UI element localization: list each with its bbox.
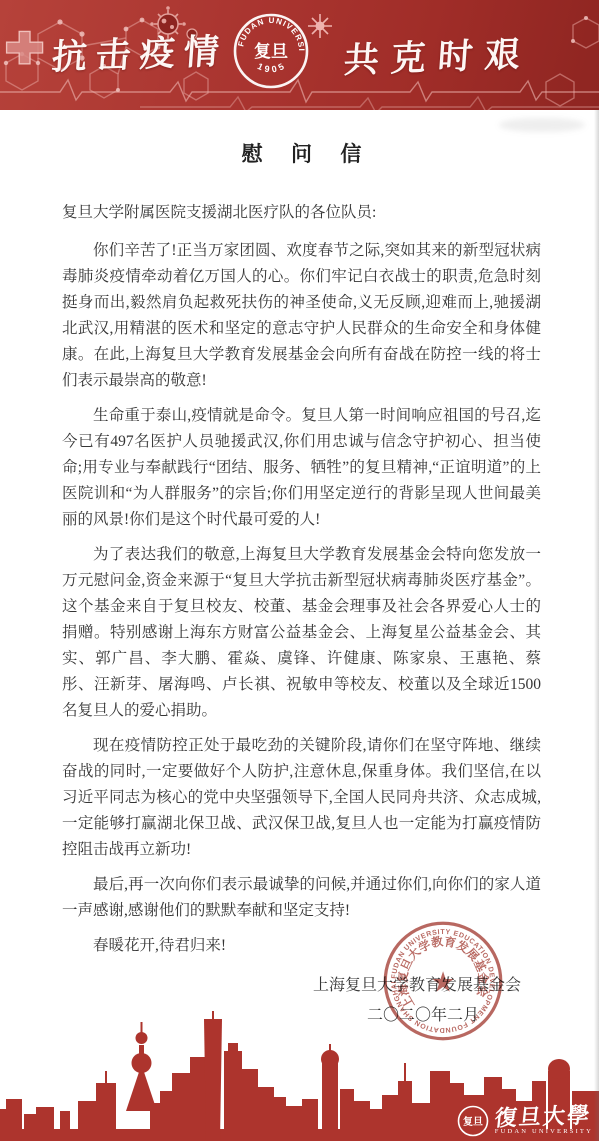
letter-page: 抗击疫情 共克时艰 FUDAN UNIVERSITY 1905 复旦 慰 问 信… bbox=[0, 0, 599, 1141]
footer-logo-seal-icon: 复旦 bbox=[456, 1104, 490, 1138]
letter-title: 慰 问 信 bbox=[62, 138, 541, 168]
letter-paragraph: 生命重于泰山,疫情就是命令。复旦人第一时间响应祖国的号召,迄今已有497名医护人… bbox=[62, 403, 541, 533]
letter-salutation: 复旦大学附属医院支援湖北医疗队的各位队员: bbox=[62, 200, 541, 226]
scan-edge-artifact bbox=[594, 110, 599, 1141]
fudan-university-logo: FUDAN UNIVERSITY 1905 复旦 bbox=[226, 6, 316, 96]
banner-slogan-right: 共克时艰 bbox=[342, 27, 533, 84]
seal-star-icon: ★ bbox=[431, 968, 456, 999]
letter-paragraph: 为了表达我们的敬意,上海复旦大学教育发展基金会特向您发放一万元慰问金,资金来源于… bbox=[62, 542, 541, 724]
banner-slogan-left: 抗击疫情 bbox=[50, 24, 229, 80]
svg-text:1905: 1905 bbox=[256, 60, 288, 75]
logo-year-text: 1905 bbox=[256, 60, 288, 75]
footer-logo-mark: 复旦 bbox=[463, 1115, 483, 1128]
letter-paragraph: 你们辛苦了!正当万家团圆、欢度春节之际,突如其来的新型冠状病毒肺炎疫情牵动着亿万… bbox=[62, 238, 541, 394]
letter-paragraph: 最后,再一次向你们表示最诚挚的问候,并通过你们,向你们的家人道一声感谢,感谢他们… bbox=[62, 872, 541, 924]
footer-fudan-logo: 复旦 復旦大學 FUDAN UNIVERSITY bbox=[456, 1104, 593, 1138]
banner: 抗击疫情 共克时艰 FUDAN UNIVERSITY 1905 复旦 bbox=[0, 0, 599, 110]
footer-logo-cn: 復旦大學 bbox=[494, 1105, 595, 1128]
foundation-seal: FUDAN UNIVERSITY EDUCATION DEVELOPMENT F… bbox=[381, 919, 505, 1043]
scan-smudge bbox=[499, 118, 585, 132]
logo-center-mark: 复旦 bbox=[254, 41, 288, 61]
letter-body: 慰 问 信 复旦大学附属医院支援湖北医疗队的各位队员: 你们辛苦了!正当万家团圆… bbox=[0, 110, 599, 1029]
letter-paragraph: 现在疫情防控正处于最吃劲的关键阶段,请你们在坚守阵地、继续奋战的同时,一定要做好… bbox=[62, 733, 541, 863]
